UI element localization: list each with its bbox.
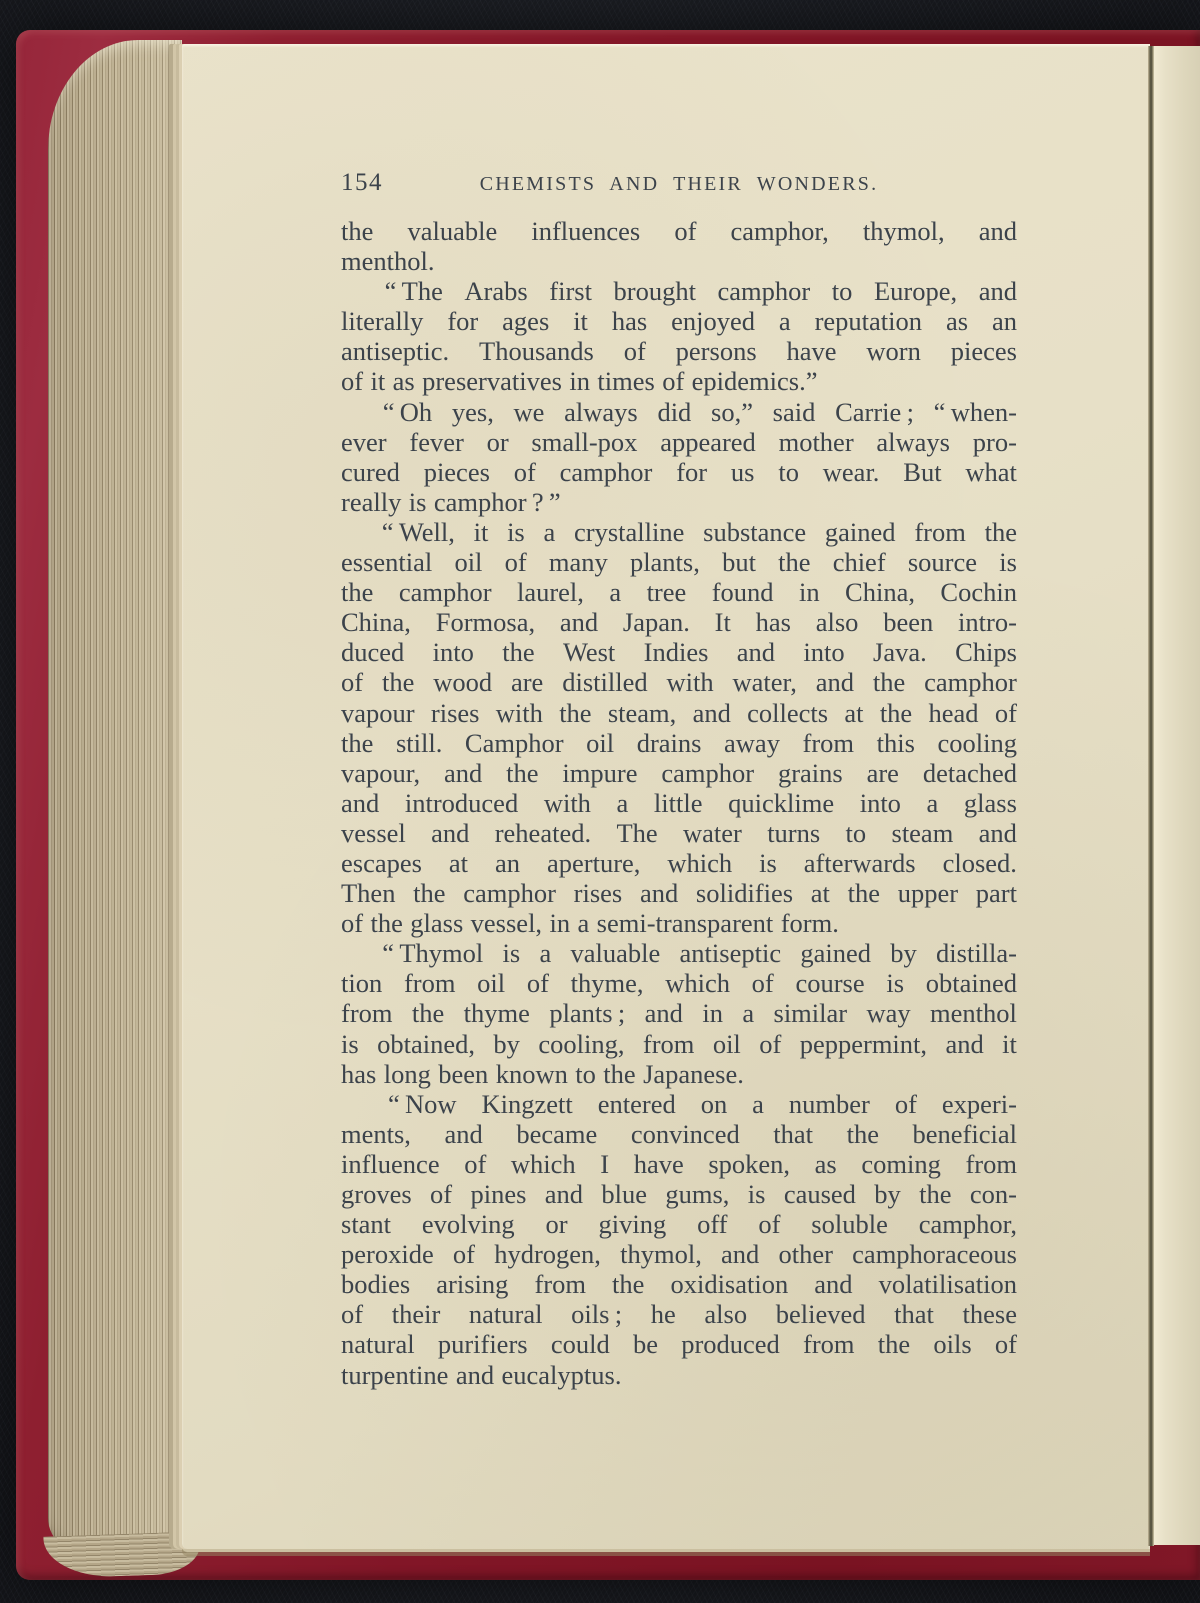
text-line: vapour,andtheimpurecamphorgrainsaredetac… [341, 758, 1017, 788]
paragraph-indent [341, 276, 363, 306]
text-line: influenceofwhichIhavespoken,ascomingfrom [341, 1149, 1017, 1179]
paragraph: “ NowKingzettenteredonanumberofexperi-me… [341, 1089, 1017, 1390]
text-line: ments,andbecameconvincedthatthebeneficia… [341, 1119, 1017, 1149]
running-title: CHEMISTS AND THEIR WONDERS. [341, 168, 1017, 196]
text-line: curedpiecesofcamphorforustowear.Butwhat [341, 457, 1017, 487]
text-line: literallyforagesithasenjoyedareputationa… [341, 306, 1017, 336]
text-line: stantevolvingorgivingoffofsolublecamphor… [341, 1209, 1017, 1239]
text-line: “ Thymolisavaluableantisepticgainedbydis… [341, 938, 1017, 968]
text-line: tionfromoilofthyme,whichofcourseisobtain… [341, 968, 1017, 998]
paragraph-indent [341, 938, 363, 968]
paragraph-indent [341, 397, 363, 427]
text-line: andintroducedwithalittlequicklimeintoagl… [341, 788, 1017, 818]
text-line: isobtained,bycooling,fromoilofpeppermint… [341, 1029, 1017, 1059]
facing-page-sliver [1154, 46, 1200, 1545]
page-number: 154 [341, 169, 383, 197]
text-line: oftheirnaturaloils ;healsobelievedthatth… [341, 1299, 1017, 1329]
text-line: bodiesarisingfromtheoxidisationandvolati… [341, 1269, 1017, 1299]
book-page: 154 CHEMISTS AND THEIR WONDERS. thevalua… [182, 44, 1150, 1549]
text-line: vesselandreheated.Thewaterturnstosteaman… [341, 818, 1017, 848]
text-line: naturalpurifierscouldbeproducedfromtheoi… [341, 1329, 1017, 1359]
text-line: haslongbeenknowntotheJapanese. [341, 1059, 1017, 1089]
text-line: “ Ohyes,wealwaysdidso,”saidCarrie ;“ whe… [341, 397, 1017, 427]
text-line: “ NowKingzettenteredonanumberofexperi- [341, 1089, 1017, 1119]
text-line: Thenthecamphorrisesandsolidifiesattheupp… [341, 878, 1017, 908]
paragraph: “ TheArabsfirstbroughtcamphortoEurope,an… [341, 276, 1017, 396]
paragraph: “ Ohyes,wealwaysdidso,”saidCarrie ;“ whe… [341, 397, 1017, 517]
text-line: oftheglassvessel,inasemi-transparentform… [341, 908, 1017, 938]
text-line: fromthethymeplants ;andinasimilarwayment… [341, 998, 1017, 1028]
paragraph-indent [341, 517, 363, 547]
paragraph: thevaluableinfluencesofcamphor,thymol,an… [341, 216, 1017, 276]
text-line: essentialoilofmanyplants,butthechiefsour… [341, 547, 1017, 577]
text-line: ducedintotheWestIndiesandintoJava.Chips [341, 637, 1017, 667]
text-line: thecamphorlaurel,atreefoundinChina,Cochi… [341, 577, 1017, 607]
book-photo: 154 CHEMISTS AND THEIR WONDERS. thevalua… [0, 0, 1200, 1603]
text-line: ofthewoodaredistilledwithwater,andthecam… [341, 667, 1017, 697]
text-line: turpentineandeucalyptus. [341, 1360, 1017, 1390]
page-header: 154 CHEMISTS AND THEIR WONDERS. [341, 168, 1017, 196]
text-line: “ Well,itisacrystallinesubstancegainedfr… [341, 517, 1017, 547]
text-line: China,Formosa,andJapan.Ithasalsobeenintr… [341, 607, 1017, 637]
text-line: everfeverorsmall-poxappearedmotheralways… [341, 427, 1017, 457]
text-line: thestill.Camphoroildrainsawayfromthiscoo… [341, 728, 1017, 758]
page-text: thevaluableinfluencesofcamphor,thymol,an… [341, 216, 1017, 1390]
text-line: escapesatanaperture,whichisafterwardsclo… [341, 848, 1017, 878]
text-line: ofitaspreservativesintimesofepidemics.” [341, 366, 1017, 396]
text-line: antiseptic.Thousandsofpersonshavewornpie… [341, 336, 1017, 366]
fore-edge-page-stack [48, 40, 182, 1560]
text-line: “ TheArabsfirstbroughtcamphortoEurope,an… [341, 276, 1017, 306]
text-line: menthol. [341, 246, 1017, 276]
text-line: grovesofpinesandbluegums,iscausedbytheco… [341, 1179, 1017, 1209]
paragraph: “ Thymolisavaluableantisepticgainedbydis… [341, 938, 1017, 1088]
text-line: reallyiscamphor ? ” [341, 487, 1017, 517]
text-line: vapourriseswiththesteam,andcollectsatthe… [341, 698, 1017, 728]
paragraph: “ Well,itisacrystallinesubstancegainedfr… [341, 517, 1017, 938]
text-line: peroxideofhydrogen,thymol,andothercampho… [341, 1239, 1017, 1269]
text-line: thevaluableinfluencesofcamphor,thymol,an… [341, 216, 1017, 246]
paragraph-indent [341, 1089, 363, 1119]
